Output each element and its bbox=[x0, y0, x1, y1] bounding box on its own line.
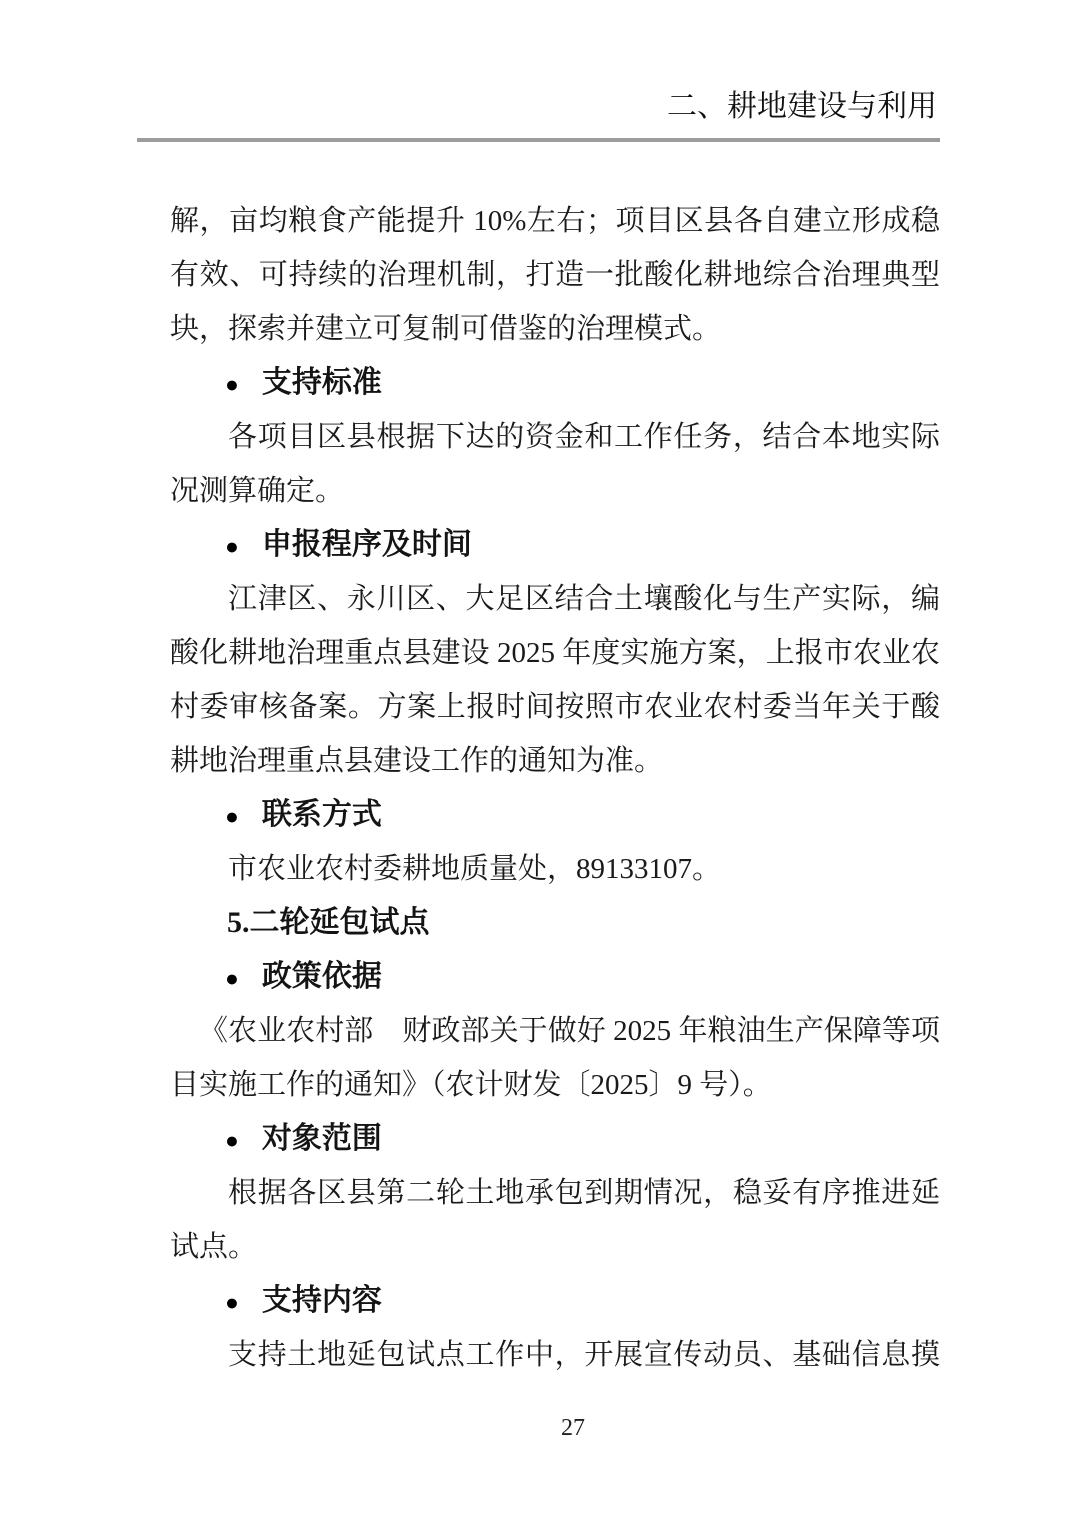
paragraph-line: 况测算确定。 bbox=[170, 464, 940, 518]
paragraph-line: 市农业农村委耕地质量处，89133107。 bbox=[170, 842, 940, 896]
paragraph-line: 村委审核备案。方案上报时间按照市农业农村委当年关于酸化 bbox=[170, 680, 940, 734]
bullet-icon: ● bbox=[225, 1276, 239, 1328]
bullet-icon: ● bbox=[225, 790, 239, 842]
bullet-icon: ● bbox=[225, 1114, 239, 1166]
paragraph: 各项目区县根据下达的资金和工作任务，结合本地实际情况测算确定。 bbox=[170, 410, 940, 518]
bullet-item: ●支持标准 bbox=[170, 356, 940, 410]
paragraph-line: 酸化耕地治理重点县建设 2025 年度实施方案，上报市农业农 bbox=[170, 626, 940, 680]
paragraph-line: 目实施工作的通知》（农计财发〔2025〕9 号）。 bbox=[170, 1058, 940, 1112]
bullet-icon: ● bbox=[225, 358, 239, 410]
bullet-heading: 支持标准 bbox=[262, 366, 382, 399]
paragraph: 支持土地延包试点工作中，开展宣传动员、基础信息摸底 bbox=[170, 1328, 940, 1382]
paragraph: 根据各区县第二轮土地承包到期情况，稳妥有序推进延包试点。 bbox=[170, 1166, 940, 1274]
bullet-heading: 对象范围 bbox=[262, 1122, 382, 1155]
paragraph-line: 有效、可持续的治理机制，打造一批酸化耕地综合治理典型田 bbox=[170, 248, 940, 302]
bullet-item: ●支持内容 bbox=[170, 1274, 940, 1328]
bullet-item: ●政策依据 bbox=[170, 950, 940, 1004]
page-header-title: 二、耕地建设与利用 bbox=[667, 90, 937, 124]
page-number: 27 bbox=[0, 1414, 1074, 1442]
document-page: 二、耕地建设与利用 解，亩均粮食产能提升 10%左右；项目区县各自建立形成稳定有… bbox=[0, 0, 1074, 1520]
paragraph-line: 江津区、永川区、大足区结合土壤酸化与生产实际，编制 bbox=[170, 572, 940, 626]
numbered-heading: 5.二轮延包试点 bbox=[170, 896, 940, 950]
paragraph: 解，亩均粮食产能提升 10%左右；项目区县各自建立形成稳定有效、可持续的治理机制… bbox=[170, 194, 940, 356]
paragraph-line: 《农业农村部 财政部关于做好 2025 年粮油生产保障等项 bbox=[170, 1004, 940, 1058]
paragraph: 市农业农村委耕地质量处，89133107。 bbox=[170, 842, 940, 896]
bullet-icon: ● bbox=[225, 520, 239, 572]
bullet-item: ●联系方式 bbox=[170, 788, 940, 842]
paragraph-line: 块，探索并建立可复制可借鉴的治理模式。 bbox=[170, 302, 940, 356]
bullet-item: ●申报程序及时间 bbox=[170, 518, 940, 572]
document-body: 解，亩均粮食产能提升 10%左右；项目区县各自建立形成稳定有效、可持续的治理机制… bbox=[170, 194, 940, 1382]
header-rule bbox=[137, 138, 940, 142]
paragraph-line: 各项目区县根据下达的资金和工作任务，结合本地实际情 bbox=[170, 410, 940, 464]
paragraph-line: 根据各区县第二轮土地承包到期情况，稳妥有序推进延包 bbox=[170, 1166, 940, 1220]
paragraph: 江津区、永川区、大足区结合土壤酸化与生产实际，编制酸化耕地治理重点县建设 202… bbox=[170, 572, 940, 788]
paragraph-line: 试点。 bbox=[170, 1220, 940, 1274]
bullet-item: ●对象范围 bbox=[170, 1112, 940, 1166]
bullet-icon: ● bbox=[225, 952, 239, 1004]
paragraph-line: 耕地治理重点县建设工作的通知为准。 bbox=[170, 734, 940, 788]
paragraph: 《农业农村部 财政部关于做好 2025 年粮油生产保障等项目实施工作的通知》（农… bbox=[170, 1004, 940, 1112]
paragraph-line: 解，亩均粮食产能提升 10%左右；项目区县各自建立形成稳定 bbox=[170, 194, 940, 248]
paragraph-line: 支持土地延包试点工作中，开展宣传动员、基础信息摸底 bbox=[170, 1328, 940, 1382]
bullet-heading: 联系方式 bbox=[262, 798, 382, 831]
bullet-heading: 政策依据 bbox=[262, 960, 382, 993]
bullet-heading: 支持内容 bbox=[262, 1284, 382, 1317]
bullet-heading: 申报程序及时间 bbox=[262, 528, 472, 561]
